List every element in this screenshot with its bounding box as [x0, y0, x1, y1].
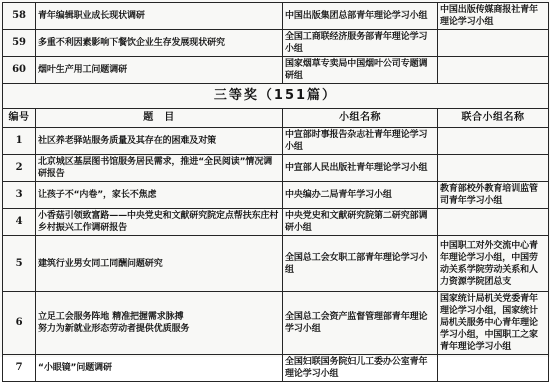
- table-row: 59 多重不利因素影响下餐饮企业生存发展现状研究 全国工商联经济服务部青年理论学…: [3, 30, 549, 57]
- table-row: 6 立足工会服务阵地 精准把握需求脉搏 努力为新就业形态劳动者提供优质服务 全国…: [3, 292, 549, 355]
- cell-group-name: 全国总工会资产监督管理部青年理论学习小组: [283, 292, 438, 355]
- cell-title: 烟叶生产用工问题调研: [36, 57, 283, 84]
- cell-group-name: 中国出版集团总部青年理论学习小组: [283, 3, 438, 30]
- cell-title: 北京城区基层图书馆服务居民需求，推进“全民阅读”情况调研报告: [36, 155, 283, 182]
- cell-title: 立足工会服务阵地 精准把握需求脉搏 努力为新就业形态劳动者提供优质服务: [36, 292, 283, 355]
- row-number: 3: [3, 182, 36, 209]
- row-number: 2: [3, 155, 36, 182]
- cell-joint-group-name: [438, 57, 549, 84]
- cell-joint-group-name: 教育部校外教育培训监管司青年学习小组: [438, 182, 549, 209]
- row-number: 5: [3, 236, 36, 292]
- cell-joint-group-name: [438, 128, 549, 155]
- cell-joint-group-name: 中国职工对外交流中心青年理论学习小组，中国劳动关系学院劳动关系和人力资源学院团总…: [438, 236, 549, 292]
- section-title: 三等奖（151篇）: [3, 84, 549, 109]
- row-number: 58: [3, 3, 36, 30]
- cell-title: 让孩子不“内卷”，家长不焦虑: [36, 182, 283, 209]
- table-row: 4 小香菇引领致富路——中央党史和文献研究院定点帮扶东庄村乡村振兴工作调研报告 …: [3, 209, 549, 236]
- cell-group-name: 中央党史和文献研究院第二研究部调研小组: [283, 209, 438, 236]
- cell-joint-group-name: 国家统计局机关党委青年理论学习小组，国家统计局机关服务中心青年理论学习小组，中国…: [438, 292, 549, 355]
- cell-joint-group-name: [438, 155, 549, 182]
- column-header-joint: 联合小组名称: [438, 109, 549, 128]
- cell-title: 社区养老驿站服务质量及其存在的困难及对策: [36, 128, 283, 155]
- table-row: 3 让孩子不“内卷”，家长不焦虑 中央编办二局青年学习小组 教育部校外教育培训监…: [3, 182, 549, 209]
- table-row: 2 北京城区基层图书馆服务居民需求，推进“全民阅读”情况调研报告 中宣部人民出版…: [3, 155, 549, 182]
- scanned-document-page: 58 青年编辑职业成长现状调研 中国出版集团总部青年理论学习小组 中国出版传媒商…: [0, 0, 550, 357]
- table-row: 1 社区养老驿站服务质量及其存在的困难及对策 中宣部时事报告杂志社青年理论学习小…: [3, 128, 549, 155]
- column-header-group: 小组名称: [283, 109, 438, 128]
- cell-joint-group-name: 中国出版传媒商报社青年理论学习小组: [438, 3, 549, 30]
- cell-title: 建筑行业男女同工同酬问题研究: [36, 236, 283, 292]
- table-row: 60 烟叶生产用工问题调研 国家烟草专卖局中国烟叶公司专题调研组: [3, 57, 549, 84]
- row-number: 59: [3, 30, 36, 57]
- row-number: 4: [3, 209, 36, 236]
- cell-joint-group-name: [438, 30, 549, 57]
- cell-group-name: 中宣部人民出版社青年理论学习小组: [283, 155, 438, 182]
- cell-group-name: 国家烟草专卖局中国烟叶公司专题调研组: [283, 57, 438, 84]
- row-number: 6: [3, 292, 36, 355]
- award-results-table: 58 青年编辑职业成长现状调研 中国出版集团总部青年理论学习小组 中国出版传媒商…: [2, 2, 549, 357]
- table-row: 58 青年编辑职业成长现状调研 中国出版集团总部青年理论学习小组 中国出版传媒商…: [3, 3, 549, 30]
- cell-group-name: 中央编办二局青年学习小组: [283, 182, 438, 209]
- table-row: 5 建筑行业男女同工同酬问题研究 全国总工会女职工部青年理论学习小组 中国职工对…: [3, 236, 549, 292]
- row-number: 60: [3, 57, 36, 84]
- cell-group-name: 中宣部时事报告杂志社青年理论学习小组: [283, 128, 438, 155]
- section-header-row: 三等奖（151篇）: [3, 84, 549, 109]
- column-header-title: 题 目: [36, 109, 283, 128]
- cell-group-name: 全国总工会女职工部青年理论学习小组: [283, 236, 438, 292]
- row-number: 1: [3, 128, 36, 155]
- cell-group-name: 全国工商联经济服务部青年理论学习小组: [283, 30, 438, 57]
- column-header-row: 编号 题 目 小组名称 联合小组名称: [3, 109, 549, 128]
- cell-title: 多重不利因素影响下餐饮企业生存发展现状研究: [36, 30, 283, 57]
- cell-title: 青年编辑职业成长现状调研: [36, 3, 283, 30]
- column-header-number: 编号: [3, 109, 36, 128]
- cell-joint-group-name: [438, 209, 549, 236]
- cell-title: 小香菇引领致富路——中央党史和文献研究院定点帮扶东庄村乡村振兴工作调研报告: [36, 209, 283, 236]
